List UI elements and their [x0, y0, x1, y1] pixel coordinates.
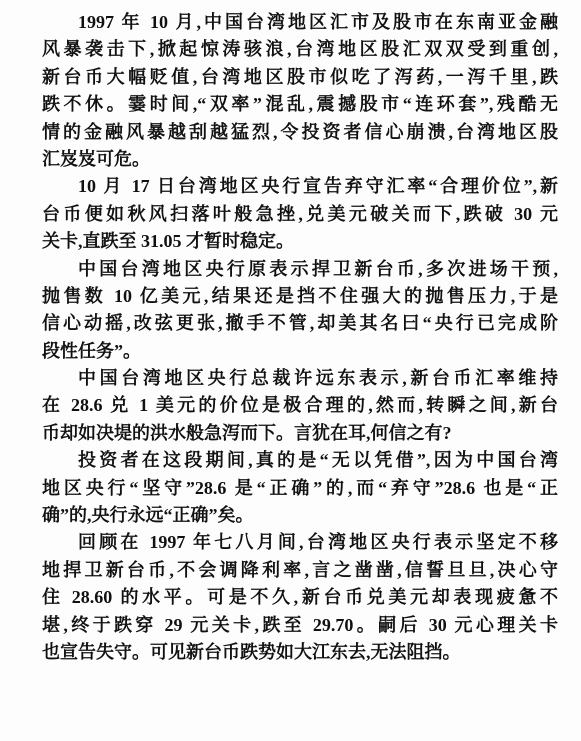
- paragraph: 中国台湾地区央行原表示捍卫新台币,多次进场干预,抛售数 10 亿美元,结果还是挡…: [42, 256, 558, 366]
- text-line: 地捍卫新台币,不会调降利率,言之凿凿,信誓旦旦,决心守: [42, 557, 558, 584]
- text-line: 回顾在 1997 年七八月间,台湾地区央行表示坚定不移: [42, 529, 558, 556]
- text-line: 确”的,央行永远“正确”矣。: [42, 502, 558, 529]
- text-line: 1997 年 10 月,中国台湾地区汇市及股市在东南亚金融: [42, 9, 558, 36]
- text-line: 关卡,直跌至 31.05 才暂时稳定。: [42, 228, 558, 255]
- text-line: 10 月 17 日台湾地区央行宣告弃守汇率“合理价位”,新: [42, 173, 558, 200]
- paragraph: 中国台湾地区央行总裁许远东表示,新台币汇率维持在 28.6 兑 1 美元的价位是…: [42, 365, 558, 447]
- text-line: 也宣告失守。可见新台币跌势如大江东去,无法阻挡。: [42, 639, 558, 666]
- text-line: 跌不休。霎时间,“双率”混乱,震撼股市“连环套”,残酷无: [42, 91, 558, 118]
- text-line: 投资者在这段期间,真的是“无以凭借”,因为中国台湾: [42, 447, 558, 474]
- text-line: 汇岌岌可危。: [42, 146, 558, 173]
- text-line: 风暴袭击下,掀起惊涛骇浪,台湾地区股汇双双受到重创,: [42, 36, 558, 63]
- text-line: 抛售数 10 亿美元,结果还是挡不住强大的抛售压力,于是: [42, 283, 558, 310]
- paragraph: 回顾在 1997 年七八月间,台湾地区央行表示坚定不移地捍卫新台币,不会调降利率…: [42, 529, 558, 666]
- text-line: 情的金融风暴越刮越猛烈,令投资者信心崩溃,台湾地区股: [42, 119, 558, 146]
- paragraph: 1997 年 10 月,中国台湾地区汇市及股市在东南亚金融风暴袭击下,掀起惊涛骇…: [42, 9, 558, 173]
- text-line: 信心动摇,改弦更张,撤手不管,却美其名曰“央行已完成阶: [42, 310, 558, 337]
- text-line: 台币便如秋风扫落叶般急挫,兑美元破关而下,跌破 30 元: [42, 201, 558, 228]
- text-line: 中国台湾地区央行总裁许远东表示,新台币汇率维持: [42, 365, 558, 392]
- text-line: 币却如决堤的洪水般急泻而下。言犹在耳,何信之有?: [42, 420, 558, 447]
- text-line: 在 28.6 兑 1 美元的价位是极合理的,然而,转瞬之间,新台: [42, 392, 558, 419]
- text-line: 新台币大幅贬值,台湾地区股市似吃了泻药,一泻千里,跌: [42, 64, 558, 91]
- paragraph: 10 月 17 日台湾地区央行宣告弃守汇率“合理价位”,新台币便如秋风扫落叶般急…: [42, 173, 558, 255]
- text-line: 中国台湾地区央行原表示捍卫新台币,多次进场干预,: [42, 256, 558, 283]
- text-line: 地区央行“坚守”28.6 是“正确”的,而“弃守”28.6 也是“正: [42, 475, 558, 502]
- paragraph: 投资者在这段期间,真的是“无以凭借”,因为中国台湾地区央行“坚守”28.6 是“…: [42, 447, 558, 529]
- text-line: 段性任务”。: [42, 338, 558, 365]
- document-page: 1997 年 10 月,中国台湾地区汇市及股市在东南亚金融风暴袭击下,掀起惊涛骇…: [0, 0, 581, 741]
- text-line: 住 28.60 的水平。可是不久,新台币兑美元却表现疲惫不: [42, 584, 558, 611]
- text-line: 堪,终于跌穿 29 元关卡,跌至 29.70。嗣后 30 元心理关卡: [42, 612, 558, 639]
- body-text: 1997 年 10 月,中国台湾地区汇市及股市在东南亚金融风暴袭击下,掀起惊涛骇…: [42, 9, 558, 666]
